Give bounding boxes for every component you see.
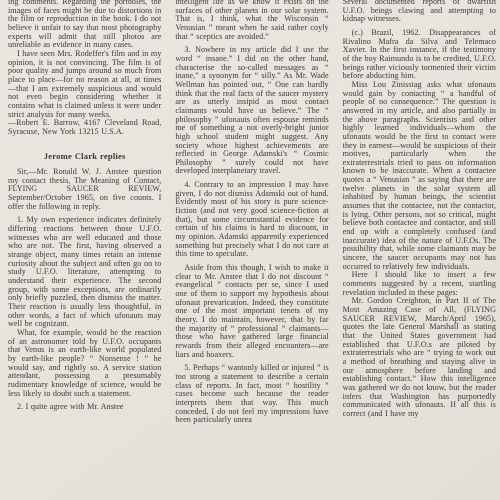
- paragraph: ing comments. Regarding the portholes, t…: [8, 0, 161, 50]
- paragraph: intelligent life as we know it exists on…: [175, 0, 328, 41]
- paragraph: Several documented reports of dwarfish U…: [343, 0, 496, 24]
- paragraph: 1. My own experience indicates definitel…: [8, 216, 161, 329]
- paragraph: Mr. Gordon Creighton, in Part II of The …: [343, 297, 496, 418]
- paragraph: 4. Contrary to an impression I may have …: [175, 181, 328, 259]
- paragraph: 5. Perhaps “ wantonly killed or injured …: [175, 364, 328, 425]
- paragraph: Miss Lou Zinisstag asks what ufonauts wo…: [343, 81, 496, 271]
- paragraph: Sir,—Mr. Ronald W. J. Anstee question my…: [8, 168, 161, 211]
- section-heading: Jerome Clark replies: [8, 152, 161, 161]
- paragraph: Here I should like to insert a few comme…: [343, 271, 496, 297]
- column-3: Several documented reports of dwarfish U…: [343, 0, 496, 500]
- paragraph: Aside from this though, I wish to make i…: [175, 264, 328, 359]
- column-2: intelligent life as we know it exists on…: [175, 0, 328, 500]
- paragraph: 2. I quite agree with Mr. Anstee: [8, 403, 161, 412]
- paragraph: (c.) Brazil, 1962. Disappearances of Riv…: [343, 29, 496, 81]
- scanned-document-page: ing comments. Regarding the portholes, t…: [0, 0, 500, 500]
- signature-line: —Robert E. Barrow, 4167 Cleveland Road, …: [8, 119, 161, 136]
- column-1: ing comments. Regarding the portholes, t…: [8, 0, 161, 500]
- paragraph: 3. Nowhere in my article did I use the w…: [175, 46, 328, 176]
- paragraph: What, for example, would be the reaction…: [8, 329, 161, 398]
- paragraph: I have seen Mrs. Rodeffer's film and in …: [8, 50, 161, 119]
